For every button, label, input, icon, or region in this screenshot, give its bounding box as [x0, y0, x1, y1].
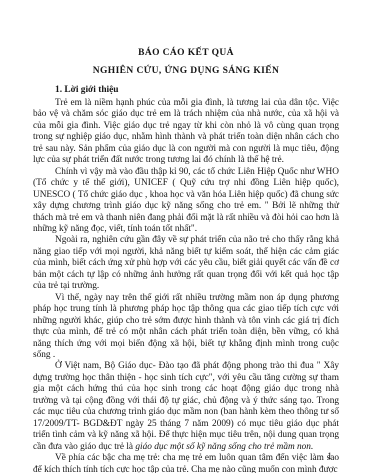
paragraph-6: Về phía các bậc cha mẹ trẻ: cha mẹ trẻ e… — [33, 453, 339, 473]
paragraph-5-italic: giáo dục một số kỹ năng sống cho trẻ mầm… — [135, 442, 313, 452]
page-content: BÁO CÁO KẾT QUẢ NGHIÊN CỨU, ỨNG DỤNG SÁN… — [33, 47, 339, 473]
paragraph-5-main: Ở Việt nam, Bộ Giáo dục- Đào tạo đã phát… — [33, 361, 339, 451]
document-page: BÁO CÁO KẾT QUẢ NGHIÊN CỨU, ỨNG DỤNG SÁN… — [0, 0, 366, 473]
page-number: 1 — [327, 452, 332, 462]
report-title-line-1: BÁO CÁO KẾT QUẢ — [33, 47, 339, 59]
section-heading-introduction: 1. Lời giới thiệu — [55, 84, 339, 96]
paragraph-2: Chính vì vậy mà vào đầu thập kỉ 90, các … — [33, 167, 339, 236]
report-title-line-2: NGHIÊN CỨU, ỨNG DỤNG SÁNG KIẾN — [33, 65, 339, 77]
body-text: Trẻ em là niềm hạnh phúc của mỗi gia đìn… — [33, 98, 339, 473]
paragraph-3: Ngoài ra, nghiên cứu gần đây về sự phát … — [33, 235, 339, 292]
paragraph-5: Ở Việt nam, Bộ Giáo dục- Đào tạo đã phát… — [33, 361, 339, 453]
paragraph-1: Trẻ em là niềm hạnh phúc của mỗi gia đìn… — [33, 98, 339, 167]
paragraph-4: Vì thế, ngày nay trên thế giới rất nhiều… — [33, 293, 339, 362]
